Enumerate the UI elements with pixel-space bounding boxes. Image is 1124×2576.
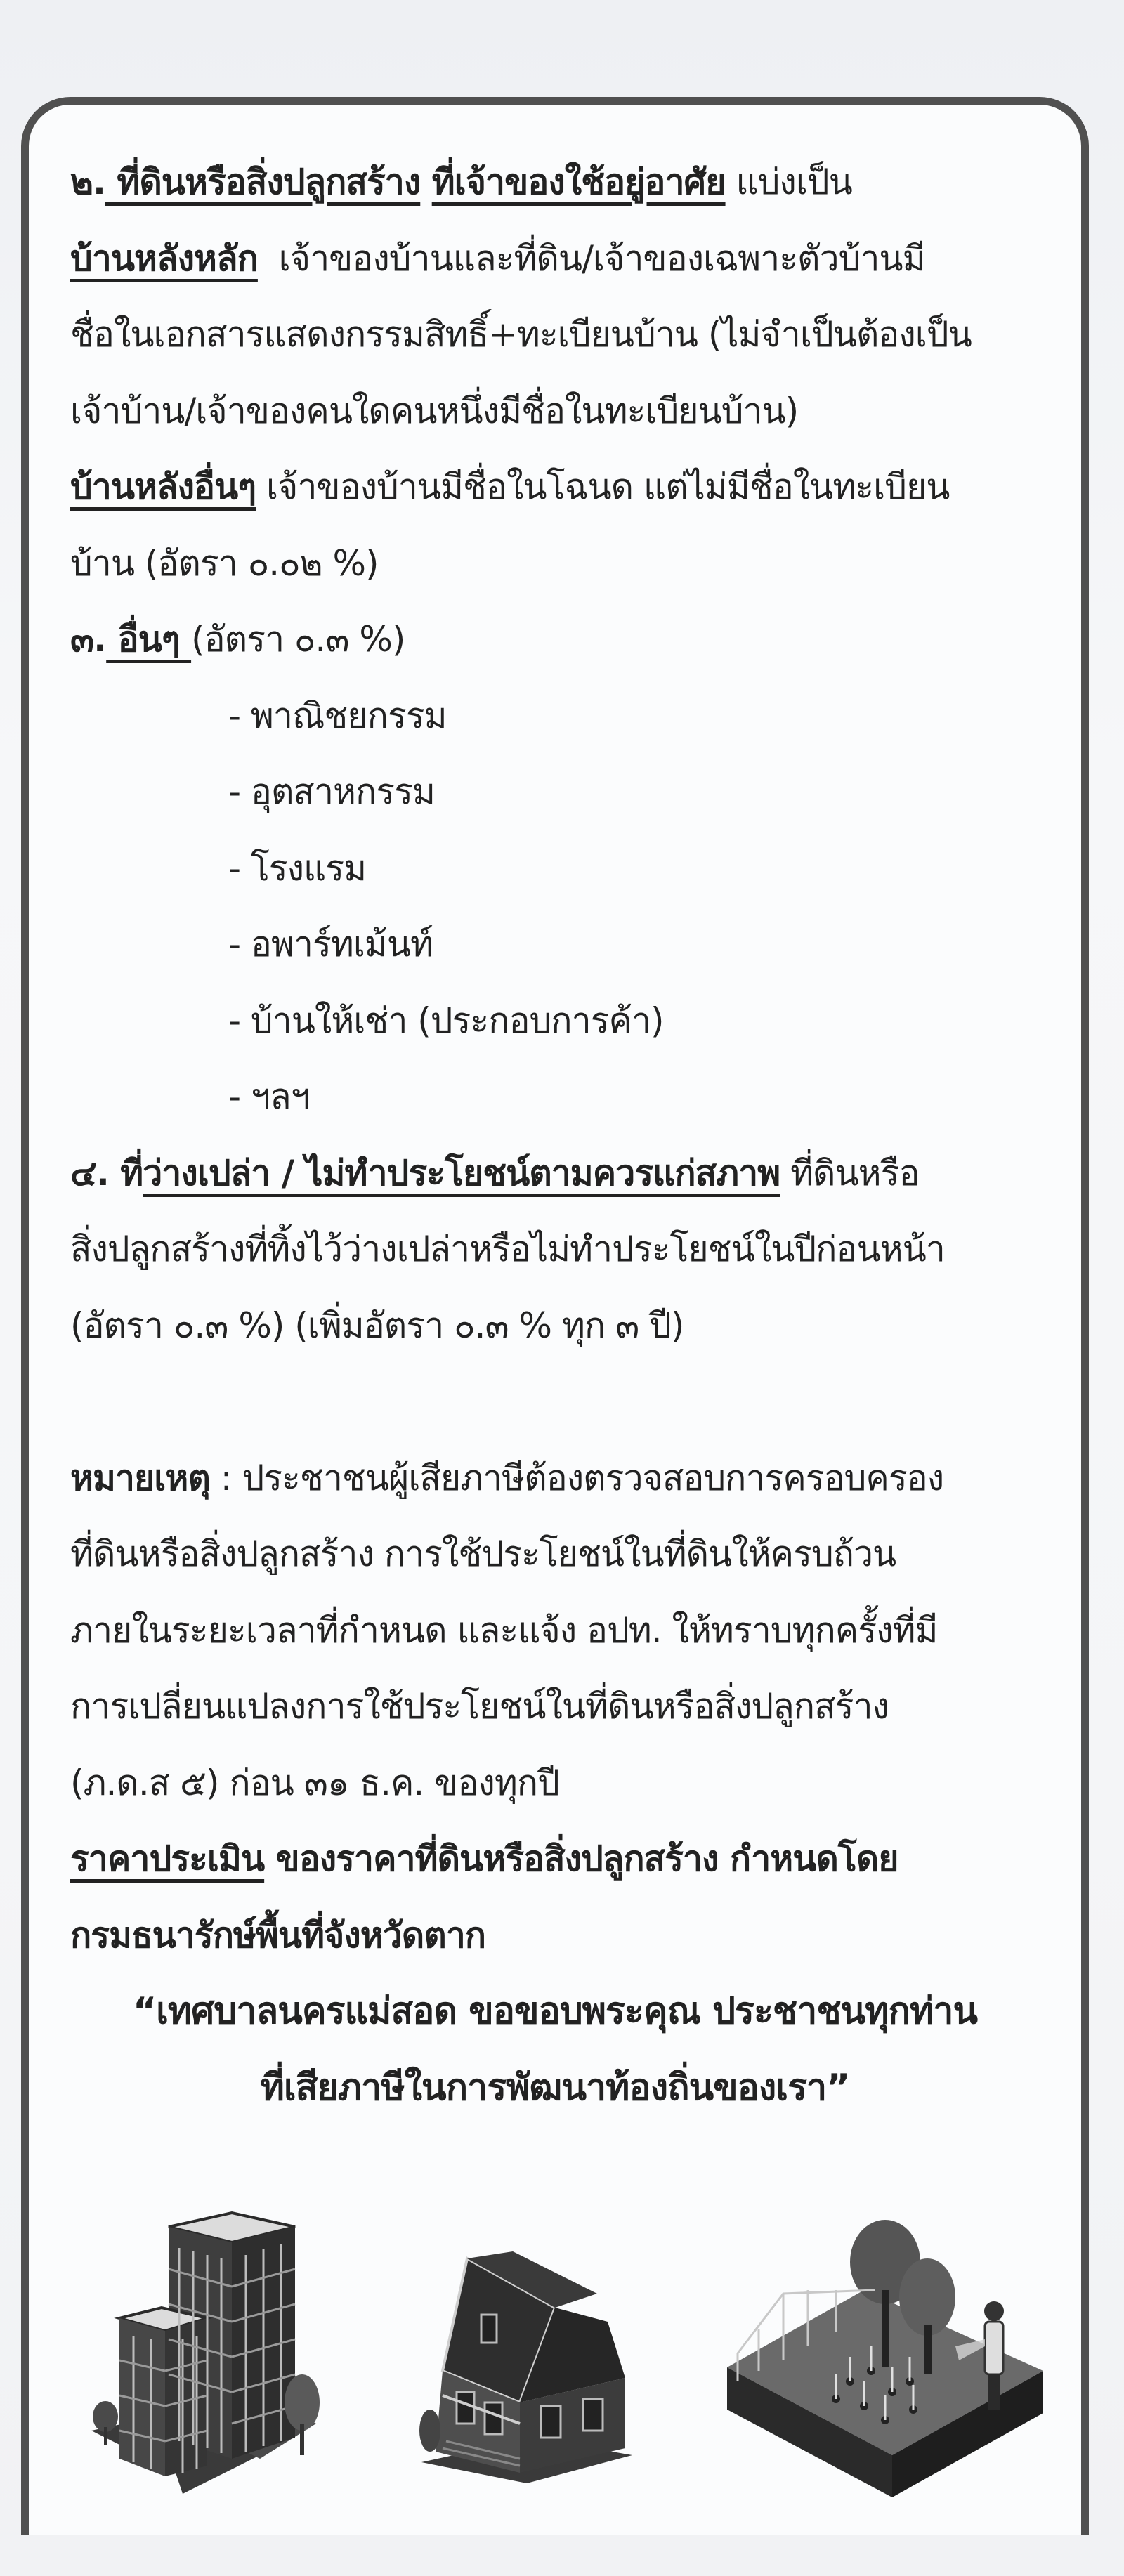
remarks-text-1: : ประชาชนผู้เสียภาษีต้องตรวจสอบการครอบคร… — [210, 1458, 943, 1498]
section3-title: อื่นๆ — [106, 619, 191, 660]
list-item-rental-house: - บ้านให้เช่า (ประกอบการค้า) — [70, 983, 1068, 1059]
main-house-line-3: เจ้าบ้าน/เจ้าของคนใดคนหนึ่งมีชื่อในทะเบี… — [70, 373, 1068, 450]
section4-heading: ๔. ที่ว่างเปล่า / ไม่ทำประโยชน์ตามควรแก่… — [70, 1135, 1068, 1212]
appraisal-line-2: กรมธนารักษ์พื้นที่จังหวัดตาก — [70, 1897, 1068, 1974]
spacer — [70, 1364, 1068, 1440]
remarks-line-4: การเปลี่ยนแปลงการใช้ประโยชน์ในที่ดินหรือ… — [70, 1668, 1068, 1745]
remarks-line-5: (ภ.ด.ส ๕) ก่อน ๓๑ ธ.ค. ของทุกปี — [70, 1745, 1068, 1822]
other-house-label: บ้านหลังอื่นๆ — [70, 466, 256, 507]
section4-line-3: (อัตรา ๐.๓ %) (เพิ่มอัตรา ๐.๓ % ทุก ๓ ปี… — [70, 1288, 1068, 1364]
house-illustration — [414, 2251, 639, 2483]
section4-title: ว่างเปล่า / ไม่ทำประโยชน์ตามควรแก่สภาพ — [143, 1153, 780, 1194]
remarks-label: หมายเหตุ — [70, 1458, 210, 1498]
list-item-apartment: - อพาร์ทเม้นท์ — [70, 906, 1068, 983]
document-content: ๒. ที่ดินหรือสิ่งปลูกสร้าง ที่เจ้าของใช้… — [70, 144, 1068, 2126]
main-house-text-1: เจ้าของบ้านและที่ดิน/เจ้าของเฉพาะตัวบ้าน… — [258, 238, 925, 279]
other-house-text-1: เจ้าของบ้านมีชื่อในโฉนด แต่ไม่มีชื่อในทะ… — [256, 466, 949, 507]
list-item-hotel: - โรงแรม — [70, 830, 1068, 907]
section2-title-suffix: แบ่งเป็น — [726, 162, 852, 202]
list-item-etc: - ฯลฯ — [70, 1059, 1068, 1135]
farm-greenhouse-illustration — [724, 2220, 1047, 2501]
section3-rate: (อัตรา ๐.๓ %) — [191, 619, 405, 660]
appraisal-line-1: ราคาประเมิน ของราคาที่ดินหรือสิ่งปลูกสร้… — [70, 1821, 1068, 1897]
section4-text-1-suffix: ที่ดินหรือ — [780, 1153, 919, 1194]
remarks-line-1: หมายเหตุ : ประชาชนผู้เสียภาษีต้องตรวจสอบ… — [70, 1440, 1068, 1517]
illustrations-row — [84, 2199, 1040, 2494]
closing-quote-line-2: ที่เสียภาษีในการพัฒนาท้องถิ่นของเรา” — [42, 2050, 1068, 2126]
section2-heading: ๒. ที่ดินหรือสิ่งปลูกสร้าง ที่เจ้าของใช้… — [70, 144, 1068, 221]
list-item-industry: - อุตสาหกรรม — [70, 754, 1068, 830]
section2-title-part2: ที่เจ้าของใช้อยู่อาศัย — [432, 162, 726, 202]
main-house-line-2: ชื่อในเอกสารแสดงกรรมสิทธิ์+ทะเบียนบ้าน (… — [70, 296, 1068, 373]
office-building-illustration — [84, 2199, 351, 2494]
remarks-line-2: ที่ดินหรือสิ่งปลูกสร้าง การใช้ประโยชน์ใน… — [70, 1516, 1068, 1593]
appraisal-text-1: ของราคาที่ดินหรือสิ่งปลูกสร้าง กำหนดโดย — [264, 1838, 898, 1879]
section3-heading: ๓. อื่นๆ (อัตรา ๐.๓ %) — [70, 601, 1068, 678]
main-house-label: บ้านหลังหลัก — [70, 238, 258, 279]
section2-number: ๒. — [70, 162, 105, 202]
section4-prefix: ที่ — [109, 1153, 143, 1194]
section4-line-2: สิ่งปลูกสร้างที่ทิ้งไว้ว่างเปล่าหรือไม่ท… — [70, 1211, 1068, 1288]
other-house-line-1: บ้านหลังอื่นๆ เจ้าของบ้านมีชื่อในโฉนด แต… — [70, 449, 1068, 525]
main-house-line-1: บ้านหลังหลัก เจ้าของบ้านและที่ดิน/เจ้าขอ… — [70, 221, 1068, 297]
section3-number: ๓. — [70, 619, 106, 660]
list-item-commerce: - พาณิชยกรรม — [70, 678, 1068, 754]
appraisal-label: ราคาประเมิน — [70, 1838, 264, 1879]
section4-number: ๔. — [70, 1153, 109, 1194]
remarks-line-3: ภายในระยะเวลาที่กำหนด และแจ้ง อปท. ให้ทร… — [70, 1593, 1068, 1669]
closing-quote-line-1: “เทศบาลนครแม่สอด ขอขอบพระคุณ ประชาชนทุกท… — [42, 1973, 1068, 2050]
section2-title-part1: ที่ดินหรือสิ่งปลูกสร้าง — [105, 162, 420, 202]
other-house-line-2: บ้าน (อัตรา ๐.๐๒ %) — [70, 525, 1068, 602]
